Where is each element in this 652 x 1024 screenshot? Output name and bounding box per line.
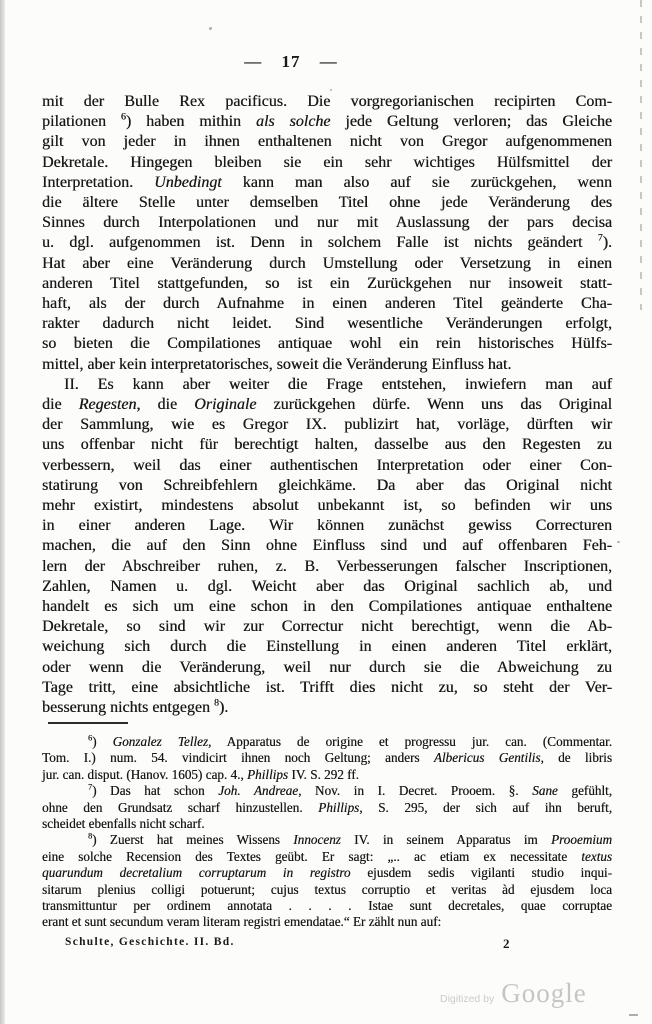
text-line: 6) Gonzalez Tellez, Apparatus de origine… [42,734,612,750]
running-signature: Schulte, Geschichte. II. Bd. [65,936,235,948]
footnote-separator [48,722,128,724]
text-line: Tom. I.) num. 54. vindicirt ihnen noch G… [42,750,612,766]
text-line: besserung nichts entgegen 8). [42,698,612,718]
text-line: scheidet ebenfalls nicht scharf. [42,816,612,832]
text-line: Hat aber eine Veränderung durch Umstellu… [42,254,612,274]
text-line: Dekretale, so sind wir zur Correctur nic… [42,617,612,637]
text-line: quarundum decretalium corruptarum in reg… [42,865,612,881]
text-line: rakter dadurch nicht leidet. Sind wesent… [42,314,612,334]
text-line: Sinnes durch Interpolationen und nur mit… [42,213,612,233]
text-line: Zahlen, Namen u. dgl. Weicht aber das Or… [42,577,612,597]
text-line: mittel, aber kein interpretatorisches, s… [42,355,612,375]
text-line: uns offenbar nicht für berechtigt halten… [42,435,612,455]
text-line: verbessern, weil das einer authentischen… [42,456,612,476]
text-line: statirung von Schreibfehlern gleichkäme.… [42,476,612,496]
text-line: mehr existirt, mindestens absolut unbeka… [42,496,612,516]
text-line: ohne den Grundsatz scharf hinzustellen. … [42,800,612,816]
text-line: weichung sich durch die Einstellung in e… [42,637,612,657]
text-line: lern der Abschreiber ruhen, z. B. Verbes… [42,557,612,577]
text-line: eine solche Recension des Textes geübt. … [42,849,612,865]
text-line: haft, als der durch Aufnahme in einen an… [42,294,612,314]
text-line: pilationen 6) haben mithin als solche je… [42,112,612,132]
text-line: Dekretale. Hingegen bleiben sie ein sehr… [42,153,612,173]
text-line: Tage tritt, eine absichtliche ist. Triff… [42,678,612,698]
google-logo: Google [501,978,586,1009]
body-text: mit der Bulle Rex pacificus. Die vorgreg… [42,92,612,718]
text-line: u. dgl. aufgenommen ist. Denn in solchem… [42,233,612,253]
text-line: transmittuntur per ordinem annotata . . … [42,898,612,914]
scan-gutter-line [640,0,642,310]
scan-speck [617,541,620,543]
text-line: 7) Das hat schon Joh. Andreae, Nov. in I… [42,783,612,799]
text-line: erant et sunt secundum veram literam reg… [42,914,612,930]
text-line: der Sammlung, wie es Gregor IX. publizir… [42,415,612,435]
scan-edge-shadow [0,0,5,1024]
text-line: handelt es sich um eine schon in den Com… [42,597,612,617]
scanned-page: — 17 — mit der Bulle Rex pacificus. Die … [0,0,652,1024]
text-line: jur. can. disput. (Hanov. 1605) cap. 4.,… [42,767,612,783]
page-number: — 17 — [0,52,582,72]
text-line: anderen Titel stattgefunden, so ist ein … [42,274,612,294]
scan-speck [330,89,332,91]
text-line: II. Es kann aber weiter die Frage entste… [42,375,612,395]
text-line: in einer anderen Lage. Wir können zunäch… [42,516,612,536]
google-watermark: Digitized by Google [440,978,587,1009]
text-line: mit der Bulle Rex pacificus. Die vorgreg… [42,92,612,112]
text-line: machen, die auf den Sinn ohne Einfluss s… [42,536,612,556]
sheet-number: 2 [503,936,510,952]
scan-speck [209,27,212,30]
scan-speck [629,1014,638,1016]
text-line: Interpretation. Unbedingt kann man also … [42,173,612,193]
text-line: gilt von jeder in ihnen enthaltenen nich… [42,132,612,152]
text-line: die ältere Stelle unter demselben Titel … [42,193,612,213]
footnotes: 6) Gonzalez Tellez, Apparatus de origine… [42,734,612,931]
footer-line: Schulte, Geschichte. II. Bd. 2 [42,936,612,954]
digitized-by-label: Digitized by [440,993,494,1005]
text-line: die Regesten, die Originale zurückgehen … [42,395,612,415]
text-line: oder wenn die Veränderung, weil nur durc… [42,658,612,678]
text-line: so bieten die Compilationes antiquae woh… [42,334,612,354]
text-line: 8) Zuerst hat meines Wissens Innocenz IV… [42,832,612,848]
text-line: sitarum plenius colligi potuerunt; cujus… [42,882,612,898]
